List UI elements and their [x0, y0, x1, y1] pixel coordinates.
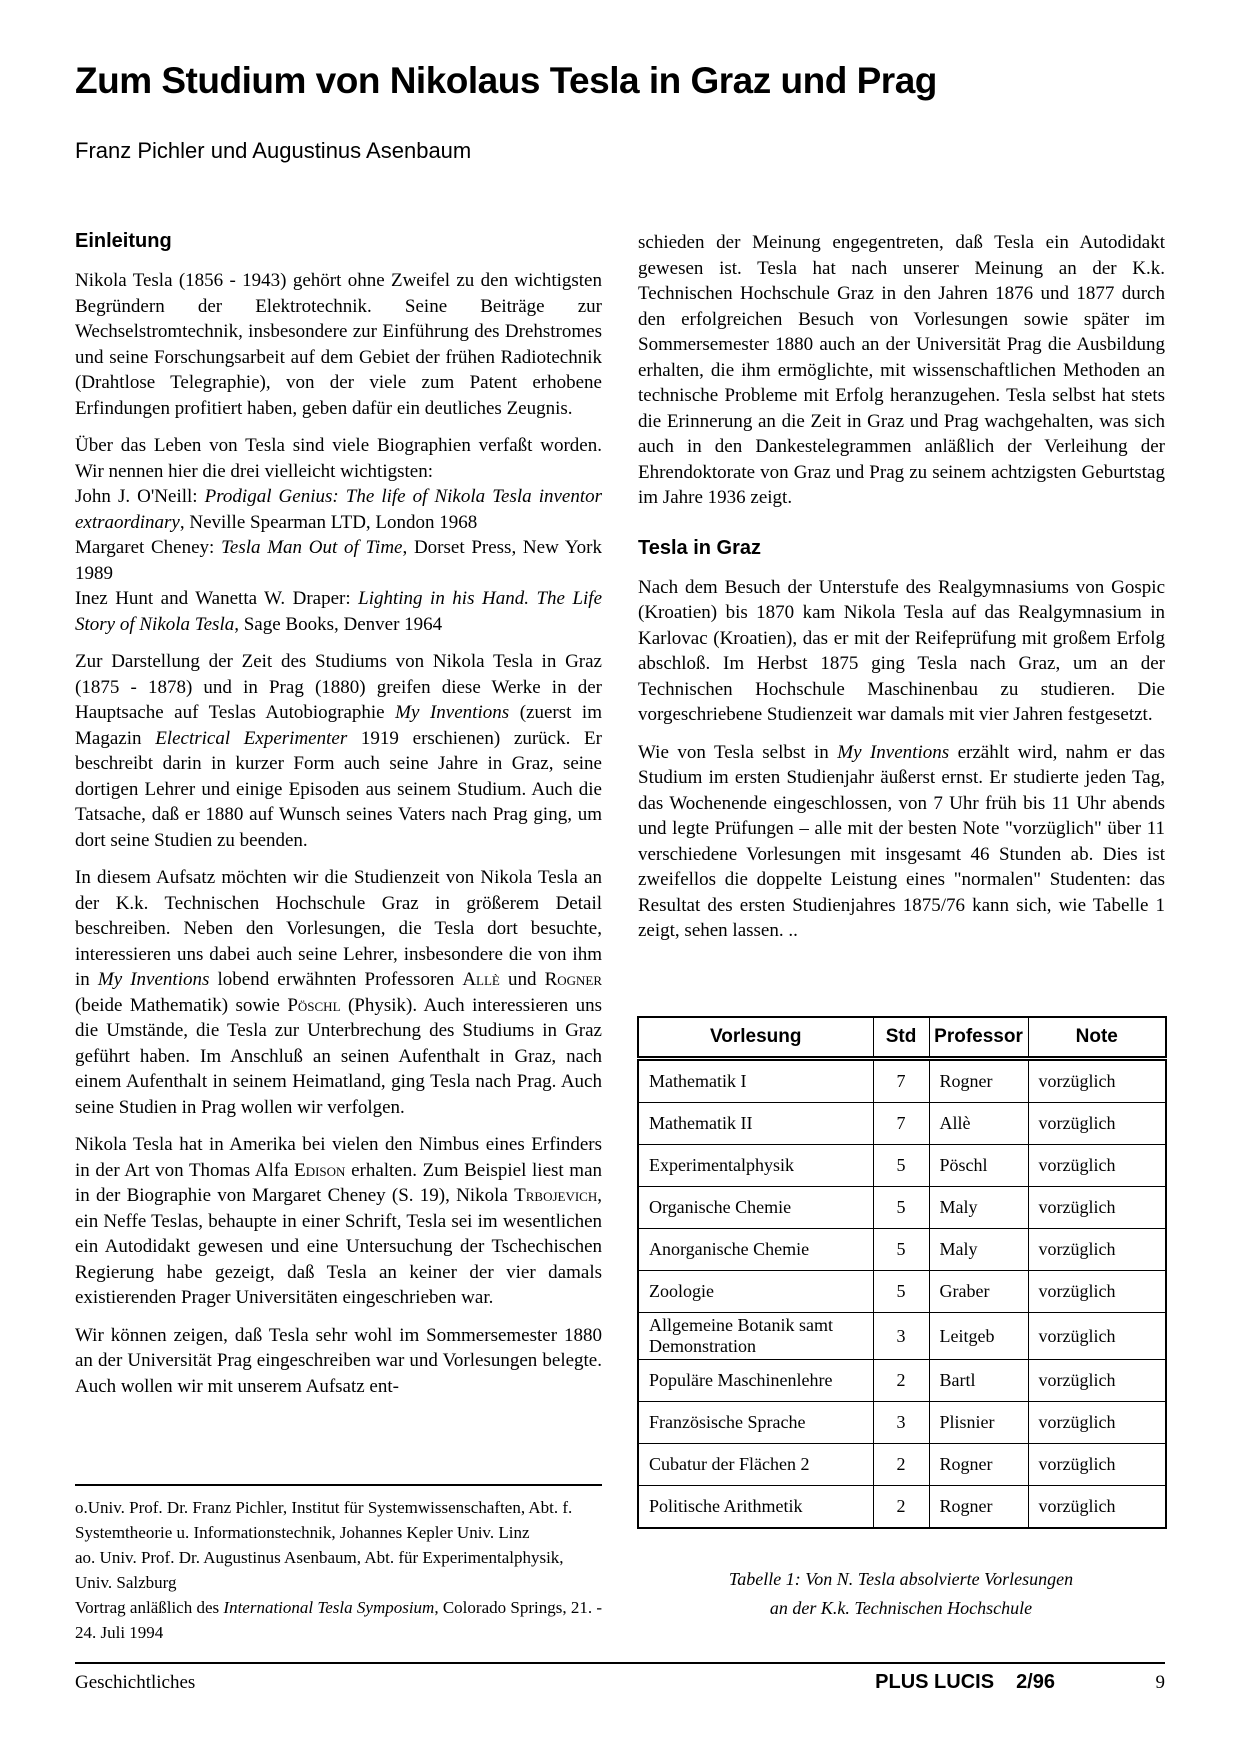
footnote-lines: o.Univ. Prof. Dr. Franz Pichler, Institu…: [75, 1495, 602, 1645]
paragraph: Wir können zeigen, daß Tesla sehr wohl i…: [75, 1323, 602, 1400]
table-cell: Bartl: [929, 1360, 1028, 1402]
text-run: Nach dem Besuch der Unterstufe des Realg…: [638, 577, 1165, 726]
right-column-paragraphs-top: schieden der Meinung engegentreten, daß …: [638, 230, 1165, 511]
table-cell: vorzüglich: [1028, 1402, 1166, 1444]
left-column-paragraphs: Nikola Tesla (1856 - 1943) gehört ohne Z…: [75, 268, 602, 1399]
table-column-header: Note: [1028, 1017, 1166, 1059]
table-row: Mathematik I7Rognervorzüglich: [638, 1059, 1166, 1103]
text-run: ao. Univ. Prof. Dr. Augustinus Asenbaum,…: [75, 1548, 564, 1592]
table-cell: 5: [873, 1229, 929, 1271]
table-cell: vorzüglich: [1028, 1229, 1166, 1271]
table-cell: 3: [873, 1402, 929, 1444]
table-cell: 2: [873, 1360, 929, 1402]
footnote-rule: [75, 1484, 602, 1486]
text-run: My Inventions: [98, 969, 210, 990]
text-run: My Inventions: [395, 702, 509, 723]
table-row: Cubatur der Flächen 22Rognervorzüglich: [638, 1444, 1166, 1486]
table-cell: 3: [873, 1313, 929, 1360]
footer-page-number: 9: [1156, 1672, 1166, 1694]
table-column-header: Professor: [929, 1017, 1028, 1059]
paragraph: Über das Leben von Tesla sind viele Biog…: [75, 433, 602, 637]
table-row: Organische Chemie5Malyvorzüglich: [638, 1187, 1166, 1229]
table-cell: Anorganische Chemie: [638, 1229, 873, 1271]
table-cell: Zoologie: [638, 1271, 873, 1313]
text-run: Edison: [294, 1160, 345, 1181]
table-cell: vorzüglich: [1028, 1444, 1166, 1486]
text-run: Trbojevich: [514, 1185, 597, 1206]
paragraph: Nikola Tesla (1856 - 1943) gehört ohne Z…: [75, 268, 602, 421]
table-cell: Rogner: [929, 1486, 1028, 1529]
table-row: Französische Sprache3Plisniervorzüglich: [638, 1402, 1166, 1444]
paragraph: Wie von Tesla selbst in My Inventions er…: [638, 740, 1165, 944]
table-cell: vorzüglich: [1028, 1145, 1166, 1187]
table-cell: Rogner: [929, 1059, 1028, 1103]
table-cell: Maly: [929, 1229, 1028, 1271]
text-run: , Sage Books, Denver 1964: [234, 614, 442, 635]
table-cell: Allgemeine Botanik samt Demonstration: [638, 1313, 873, 1360]
text-run: Inez Hunt and Wanetta W. Draper:: [75, 588, 358, 609]
table-header-row: VorlesungStdProfessorNote: [638, 1017, 1166, 1059]
text-run: schieden der Meinung engegentreten, daß …: [638, 232, 1165, 508]
lectures-table-block: VorlesungStdProfessorNote Mathematik I7R…: [637, 1016, 1165, 1623]
table-cell: 2: [873, 1486, 929, 1529]
table-cell: Pöschl: [929, 1145, 1028, 1187]
text-run: und: [500, 969, 545, 990]
section-heading-tesla-in-graz: Tesla in Graz: [638, 537, 1165, 560]
table-cell: Maly: [929, 1187, 1028, 1229]
footer-journal-name: PLUS LUCIS: [875, 1671, 994, 1693]
text-run: Pöschl: [287, 995, 340, 1016]
footer-section-label: Geschichtliches: [75, 1672, 195, 1694]
paragraph: Zur Darstellung der Zeit des Studiums vo…: [75, 649, 602, 853]
text-run: My Inventions: [837, 742, 949, 763]
table-cell: Plisnier: [929, 1402, 1028, 1444]
paragraph: Nach dem Besuch der Unterstufe des Realg…: [638, 575, 1165, 728]
footer-issue: 2/96: [1016, 1671, 1055, 1693]
page-footer: Geschichtliches PLUS LUCIS2/96 9: [75, 1662, 1165, 1706]
table-cell: Leitgeb: [929, 1313, 1028, 1360]
text-run: lobend erwähnten Professoren: [209, 969, 462, 990]
table-caption: Tabelle 1: Von N. Tesla absolvierte Vorl…: [637, 1565, 1165, 1623]
table-cell: vorzüglich: [1028, 1103, 1166, 1145]
paragraph: ao. Univ. Prof. Dr. Augustinus Asenbaum,…: [75, 1545, 602, 1595]
table-cell: Organische Chemie: [638, 1187, 873, 1229]
text-run: Margaret Cheney:: [75, 537, 221, 558]
paragraph: schieden der Meinung engegentreten, daß …: [638, 230, 1165, 511]
right-column-paragraphs-bottom: Nach dem Besuch der Unterstufe des Realg…: [638, 575, 1165, 944]
table-column-header: Std: [873, 1017, 929, 1059]
footer-journal: PLUS LUCIS2/96: [875, 1671, 1055, 1694]
table-cell: 2: [873, 1444, 929, 1486]
text-run: International Tesla Symposium: [223, 1598, 434, 1617]
table-cell: Französische Sprache: [638, 1402, 873, 1444]
table-cell: Politische Arithmetik: [638, 1486, 873, 1529]
text-run: Wie von Tesla selbst in: [638, 742, 837, 763]
table-cell: Mathematik II: [638, 1103, 873, 1145]
table-row: Mathematik II7Allèvorzüglich: [638, 1103, 1166, 1145]
paragraph: In diesem Aufsatz möchten wir die Studie…: [75, 865, 602, 1120]
text-run: Rogner: [545, 969, 602, 990]
table-cell: vorzüglich: [1028, 1360, 1166, 1402]
table-cell: Mathematik I: [638, 1059, 873, 1103]
text-run: Wir können zeigen, daß Tesla sehr wohl i…: [75, 1325, 602, 1397]
table-row: Anorganische Chemie5Malyvorzüglich: [638, 1229, 1166, 1271]
document-page: Zum Studium von Nikolaus Tesla in Graz u…: [0, 0, 1239, 1754]
text-run: erzählt wird, nahm er das Studium im ers…: [638, 742, 1165, 942]
lectures-table: VorlesungStdProfessorNote Mathematik I7R…: [637, 1016, 1167, 1529]
table-cell: 5: [873, 1271, 929, 1313]
table-cell: Graber: [929, 1271, 1028, 1313]
text-run: o.Univ. Prof. Dr. Franz Pichler, Institu…: [75, 1498, 572, 1542]
table-cell: 7: [873, 1059, 929, 1103]
authors-line: Franz Pichler und Augustinus Asenbaum: [75, 138, 471, 164]
table-caption-line-2: an der K.k. Technischen Hochschule: [637, 1594, 1165, 1623]
paragraph: Nikola Tesla hat in Amerika bei vielen d…: [75, 1132, 602, 1311]
table-cell: Rogner: [929, 1444, 1028, 1486]
table-row: Allgemeine Botanik samt Demonstration3Le…: [638, 1313, 1166, 1360]
page-title: Zum Studium von Nikolaus Tesla in Graz u…: [75, 60, 1165, 102]
footnote-block: o.Univ. Prof. Dr. Franz Pichler, Institu…: [75, 1484, 602, 1645]
table-cell: Populäre Maschinenlehre: [638, 1360, 873, 1402]
table-caption-line-1: Tabelle 1: Von N. Tesla absolvierte Vorl…: [637, 1565, 1165, 1594]
text-run: Tesla Man Out of Time: [221, 537, 402, 558]
paragraph: o.Univ. Prof. Dr. Franz Pichler, Institu…: [75, 1495, 602, 1545]
table-cell: 5: [873, 1145, 929, 1187]
text-run: (beide Mathematik) sowie: [75, 995, 287, 1016]
lectures-table-body: Mathematik I7RognervorzüglichMathematik …: [638, 1059, 1166, 1529]
table-cell: 5: [873, 1187, 929, 1229]
text-run: John J. O'Neill:: [75, 486, 205, 507]
table-row: Zoologie5Grabervorzüglich: [638, 1271, 1166, 1313]
table-cell: Allè: [929, 1103, 1028, 1145]
text-run: Electrical Experimenter: [155, 728, 347, 749]
table-row: Experimentalphysik5Pöschlvorzüglich: [638, 1145, 1166, 1187]
text-run: Vortrag anläßlich des: [75, 1598, 223, 1617]
left-column: Einleitung Nikola Tesla (1856 - 1943) ge…: [75, 230, 602, 1411]
text-run: Über das Leben von Tesla sind viele Biog…: [75, 435, 602, 482]
table-cell: vorzüglich: [1028, 1059, 1166, 1103]
lectures-table-header: VorlesungStdProfessorNote: [638, 1017, 1166, 1059]
table-cell: vorzüglich: [1028, 1271, 1166, 1313]
table-cell: vorzüglich: [1028, 1486, 1166, 1529]
section-heading-einleitung: Einleitung: [75, 230, 602, 253]
table-cell: vorzüglich: [1028, 1313, 1166, 1360]
paragraph: Vortrag anläßlich des International Tesl…: [75, 1595, 602, 1645]
text-run: Nikola Tesla (1856 - 1943) gehört ohne Z…: [75, 270, 602, 419]
table-column-header: Vorlesung: [638, 1017, 873, 1059]
text-run: , Neville Spearman LTD, London 1968: [180, 512, 477, 533]
right-column: schieden der Meinung engegentreten, daß …: [638, 230, 1165, 956]
table-cell: Experimentalphysik: [638, 1145, 873, 1187]
table-cell: vorzüglich: [1028, 1187, 1166, 1229]
table-cell: 7: [873, 1103, 929, 1145]
table-cell: Cubatur der Flächen 2: [638, 1444, 873, 1486]
table-row: Populäre Maschinenlehre2Bartlvorzüglich: [638, 1360, 1166, 1402]
table-row: Politische Arithmetik2Rognervorzüglich: [638, 1486, 1166, 1529]
text-run: Allè: [462, 969, 500, 990]
